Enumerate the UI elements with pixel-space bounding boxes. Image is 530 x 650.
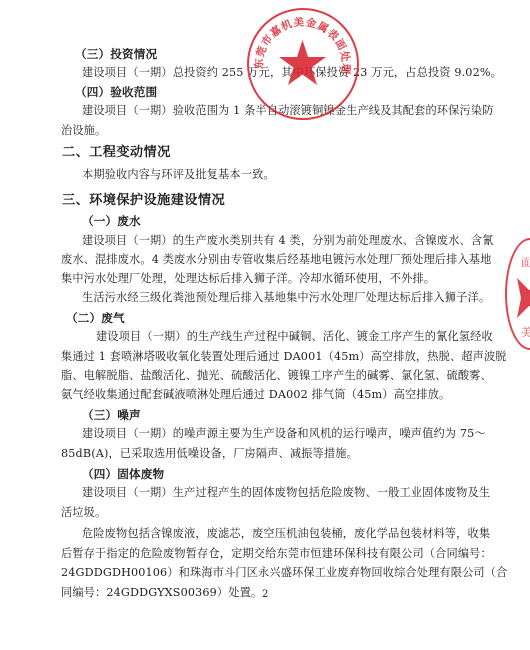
wastewater-line-1: 建设项目（一期）的生产废水类别共有 4 类，分别为前处理废水、含镍废水、含氰 <box>82 234 494 248</box>
wastewater-domestic: 生活污水经三级化粪池预处理后排入基地集中污水处理厂处理达标后排入狮子洋。 <box>82 291 490 305</box>
edge-seal-star-icon: 面 美 <box>507 240 530 347</box>
hazardous-line-3: 24GDDGDH00106）和珠海市斗门区永兴盛环保工业废弃物回收综合处理有限公… <box>61 566 507 580</box>
hazardous-line-1: 危险废物包括含镍废液，废滤芯，废空压机油包装桶，废化学品包装材料等，收集 <box>82 527 490 541</box>
exhaust-line-2: 集通过 1 套喷淋塔吸收氧化装置处理后通过 DA001（45m）高空排放，热脱、… <box>61 350 507 364</box>
wastewater-line-3: 集中污水处理厂处理，处理达标后排入狮子洋。冷却水循环使用，不外排。 <box>61 272 435 286</box>
investment-text: 建设项目（一期）总投资约 255 万元，其中环保投资 23 万元，占总投资 9.… <box>82 66 502 80</box>
wastewater-line-2: 废水、混排废水。4 类废水分别由专管收集后经基地电镀污水处理厂预处理后排入基地 <box>61 253 491 267</box>
exhaust-line-1: 建设项目（一期）的生产线生产过程中碱铜、活化、镀金工序产生的氰化氢经收 <box>96 330 493 344</box>
exhaust-line-3: 脂、电解脱脂、盐酸活化、抛光、硫酸活化、镀镍工序产生的碱雾、氯化氢、硫酸雾、 <box>61 369 492 383</box>
changes-text: 本期验收内容与环评及批复基本一致。 <box>82 168 275 182</box>
seal-star-icon: 东莞市嘉机美金属表面处理有限公司 <box>249 10 356 117</box>
exhaust-line-4: 氨气经收集通过配套碱液喷淋处理后通过 DA002 排气筒（45m）高空排放。 <box>61 388 450 402</box>
solid-waste-heading: （四）固体废物 <box>82 467 164 481</box>
hazardous-line-2: 后暂存于指定的危险废物暂存仓，定期交给东莞市恒建环保科技有限公司（合同编号： <box>61 547 492 561</box>
exhaust-heading: （二）废气 <box>66 311 125 325</box>
svg-text:美: 美 <box>521 326 530 339</box>
solid-waste-line-2: 活垃圾。 <box>61 506 106 520</box>
hazardous-line-4: 同编号：24GDDGYXS00369）处置。 <box>61 586 262 600</box>
changes-heading: 二、工程变动情况 <box>62 146 171 160</box>
edge-seal: 面 美 <box>505 238 530 350</box>
investment-heading: （三）投资情况 <box>75 47 157 61</box>
page-number: 2 <box>262 589 268 600</box>
noise-line-2: 85dB(A)，已采取选用低噪设备，厂房隔声、减振等措施。 <box>61 447 358 461</box>
scope-text-line-1: 建设项目（一期）验收范围为 1 条半自动滚镀铜镍金生产线及其配套的环保污染防 <box>82 104 494 118</box>
noise-heading: （三）噪声 <box>82 408 141 422</box>
noise-line-1: 建设项目（一期）的噪声源主要为生产设备和风机的运行噪声，噪声值约为 75～ <box>82 427 486 441</box>
env-heading: 三、环境保护设施建设情况 <box>62 194 225 208</box>
scope-heading: （四）验收范围 <box>75 85 157 99</box>
scope-text-line-2: 治设施。 <box>61 124 106 138</box>
document-page: （三）投资情况 建设项目（一期）总投资约 255 万元，其中环保投资 23 万元… <box>0 0 530 650</box>
svg-text:面: 面 <box>521 256 530 269</box>
wastewater-heading: （一）废水 <box>82 214 141 228</box>
solid-waste-line-1: 建设项目（一期）生产过程产生的固体废物包括危险废物、一般工业固体废物及生 <box>82 486 490 500</box>
